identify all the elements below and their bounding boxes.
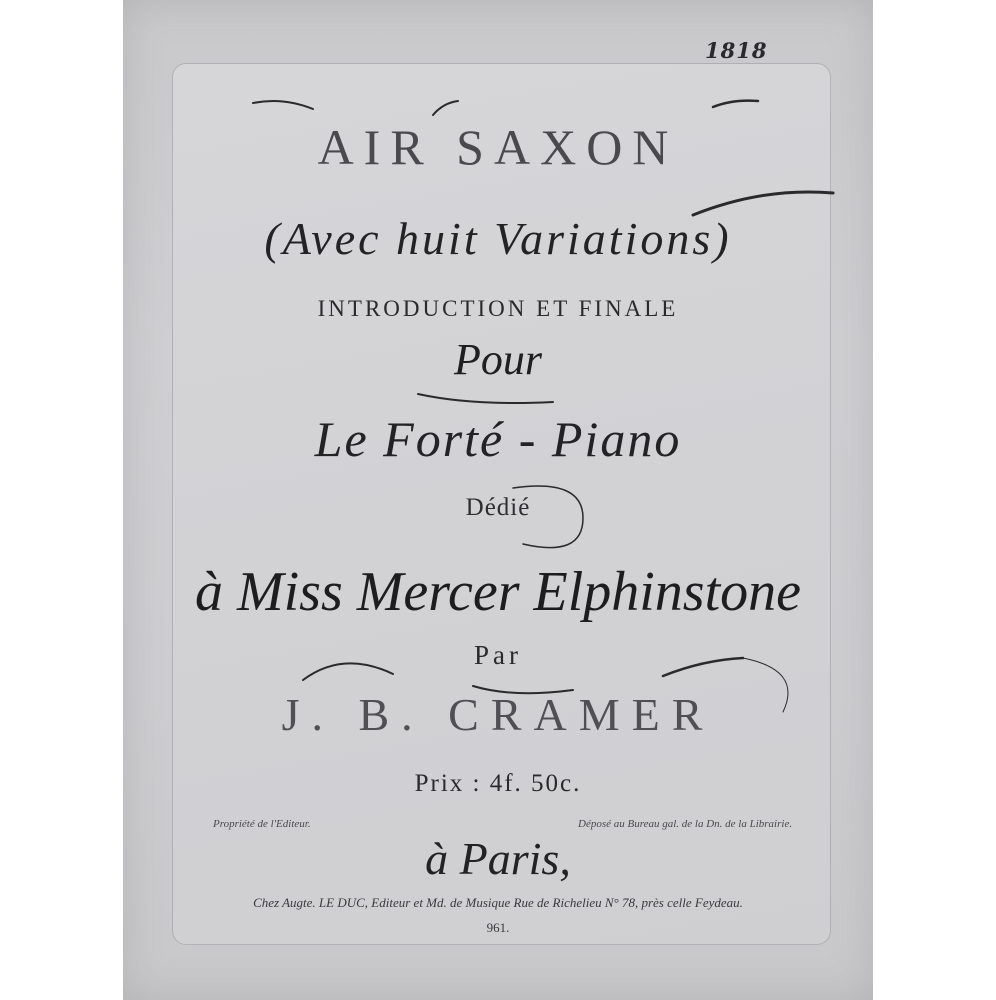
title: AIR SAXON bbox=[123, 118, 873, 176]
instrument-line: Le Forté - Piano bbox=[123, 410, 873, 468]
publisher-line: Chez Augte. LE DUC, Editeur et Md. de Mu… bbox=[123, 895, 873, 911]
price: Prix : 4f. 50c. bbox=[123, 770, 873, 798]
deposit-note: Déposé au Bureau gal. de la Dn. de la Li… bbox=[578, 818, 792, 830]
plate-number: 961. bbox=[123, 920, 873, 936]
intro-line: INTRODUCTION ET FINALE bbox=[123, 296, 873, 322]
dedication-flourish-decoration bbox=[483, 478, 603, 568]
pour-line: Pour bbox=[123, 334, 873, 385]
composer-name: J. B. CRAMER bbox=[123, 688, 873, 741]
score-title-page: 1818 AIR SAXON (Avec huit Variations) IN… bbox=[123, 0, 873, 1000]
property-note: Propriété de l'Editeur. bbox=[213, 818, 311, 830]
city-imprint: à Paris, bbox=[123, 832, 873, 885]
by-label: Par bbox=[123, 640, 873, 671]
subtitle: (Avec huit Variations) bbox=[123, 212, 873, 265]
dedicatee-line: à Miss Mercer Elphinstone bbox=[123, 560, 873, 624]
handwritten-year: 1818 bbox=[705, 38, 767, 63]
